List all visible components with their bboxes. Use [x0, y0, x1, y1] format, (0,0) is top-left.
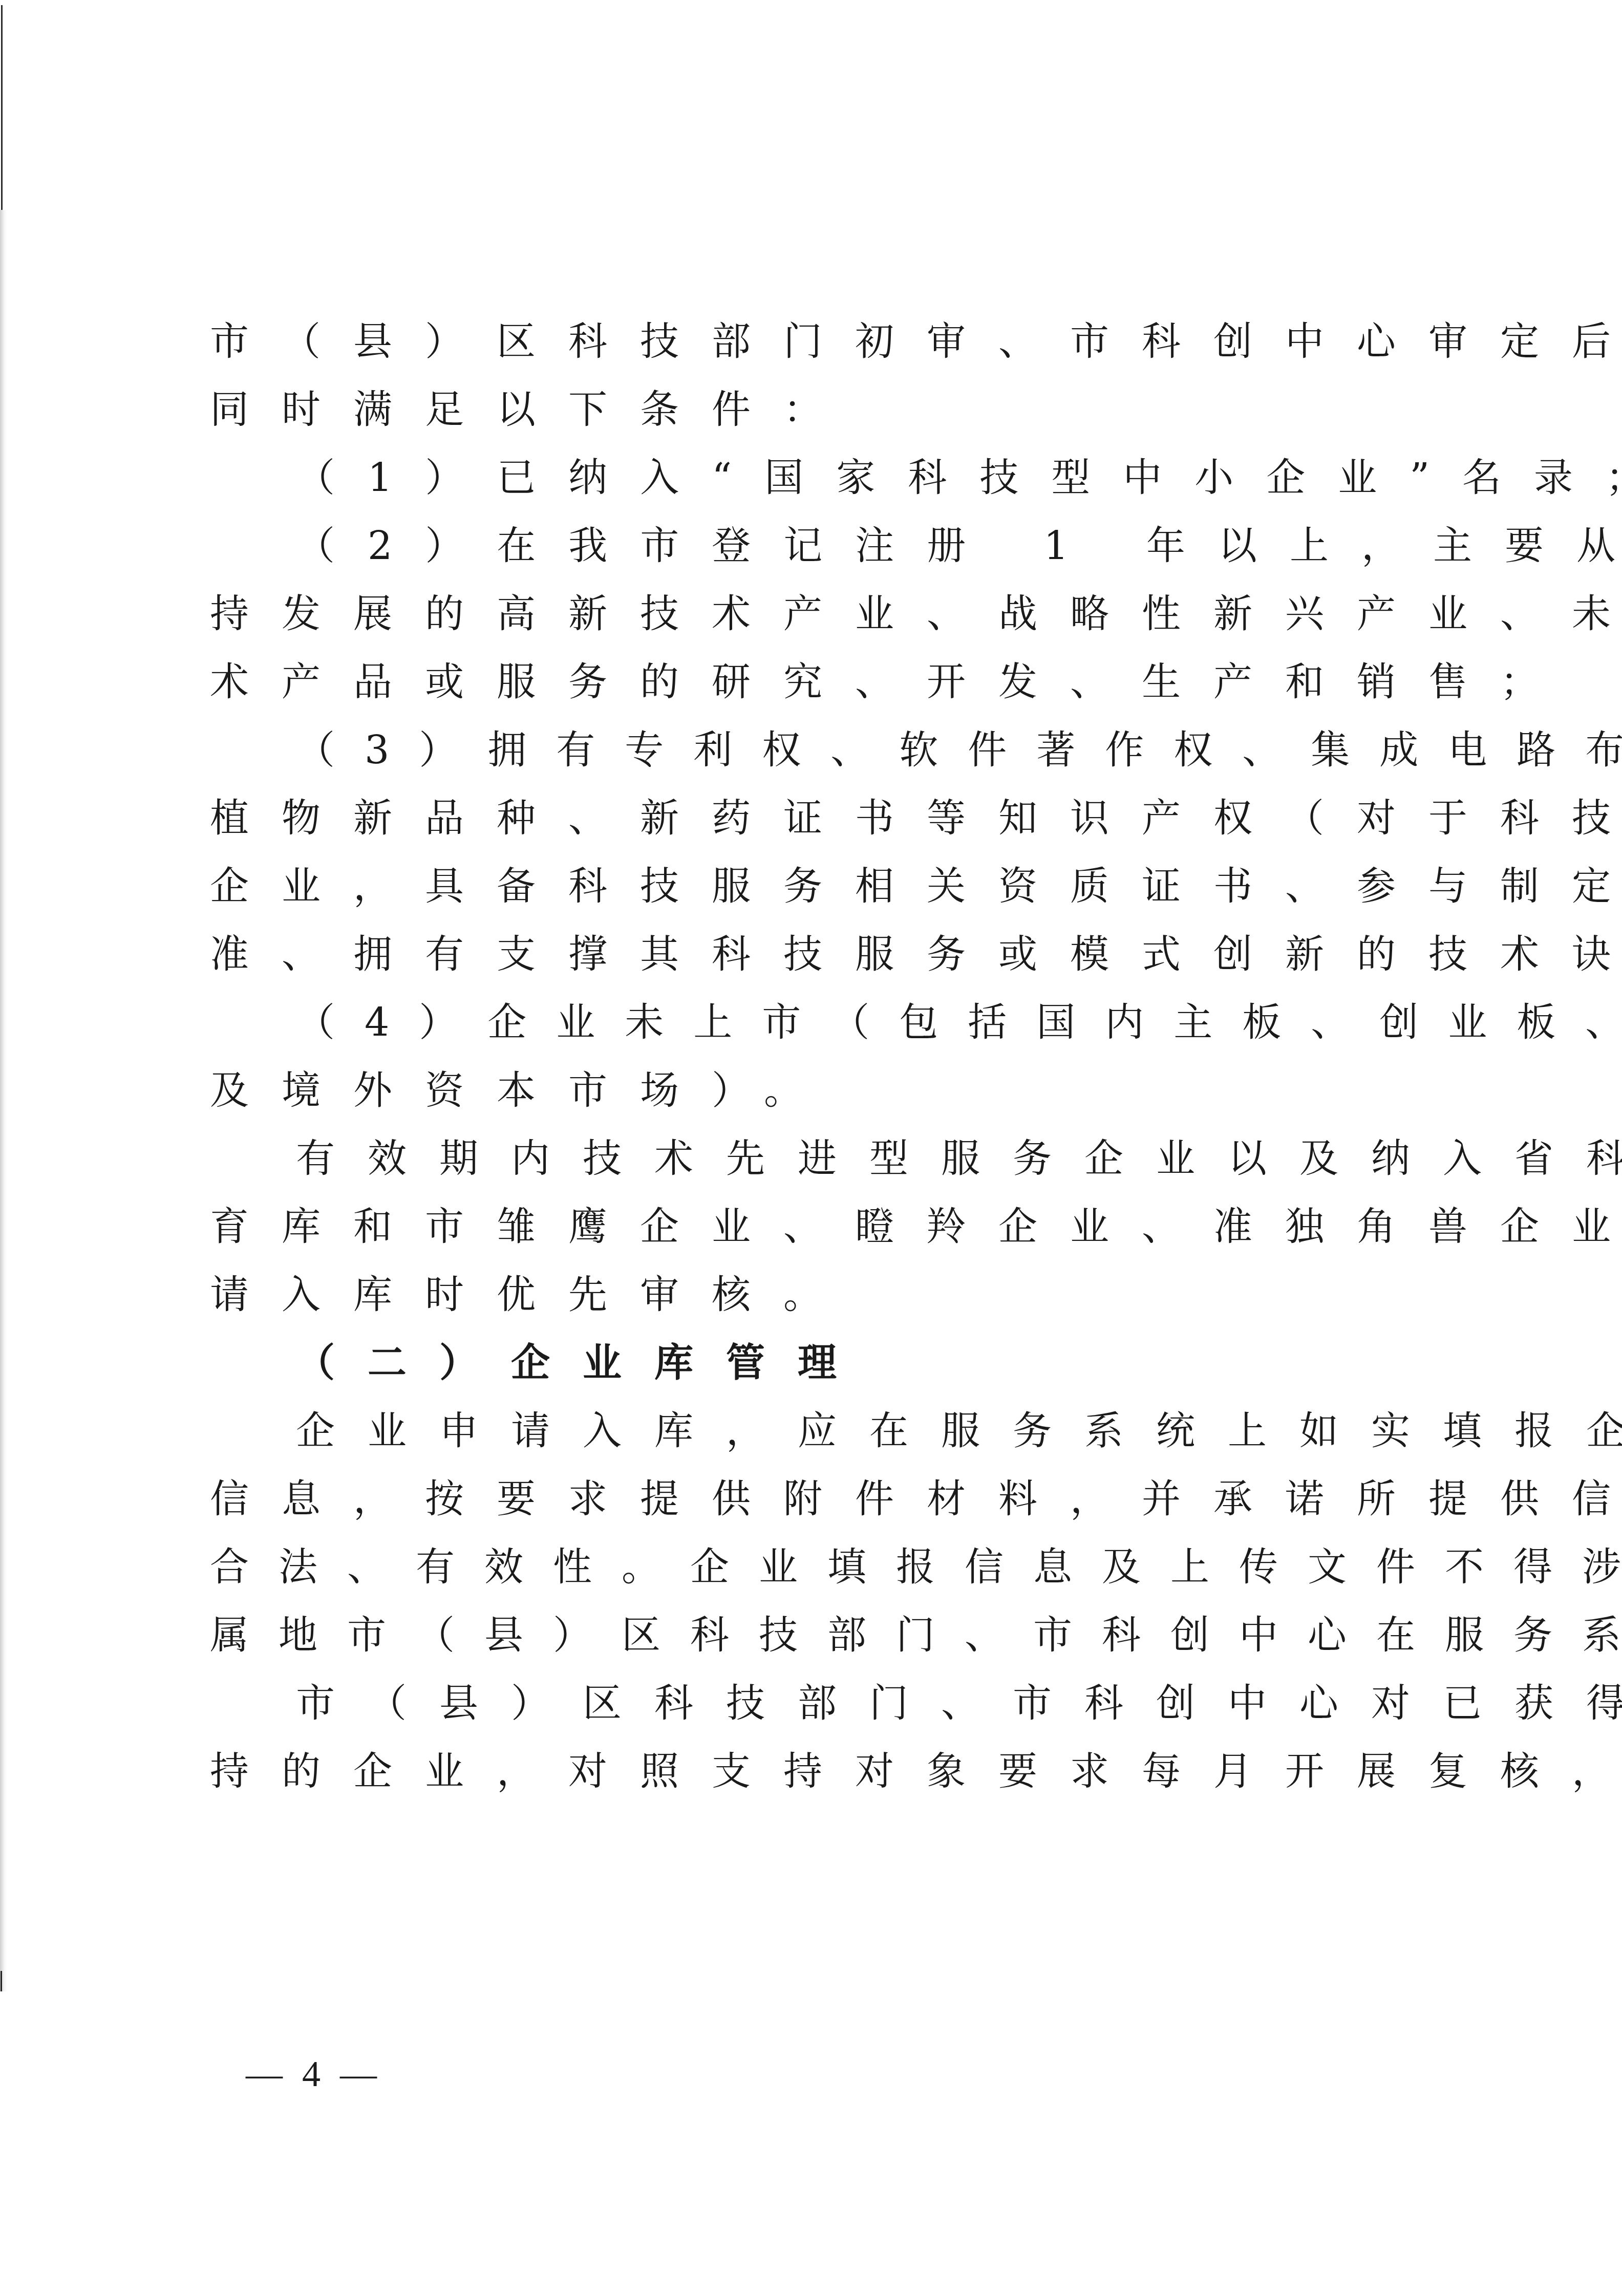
paragraph-start: 市（县）区科技部门、市科创中心对已获得“锡科贷”贷款支 [210, 1669, 1428, 1737]
paragraph-start: 有效期内技术先进型服务企业以及纳入省科技企业上市培 [210, 1124, 1428, 1192]
text-line: 信息，按要求提供附件材料，并承诺所提供信息的准确、真实、 [210, 1465, 1428, 1533]
text-line: 术产品或服务的研究、开发、生产和销售； [210, 648, 1428, 716]
scan-edge-line [1, 5, 3, 210]
text-line: 市（县）区科技部门初审、市科创中心审定后入库。申请企业需 [210, 307, 1428, 375]
text-line: 同时满足以下条件： [210, 375, 1428, 443]
text-line: 及境外资本市场）。 [210, 1056, 1428, 1124]
text-line: 企业，具备科技服务相关资质证书、参与制定相关技术或服务标 [210, 852, 1428, 920]
text-line: 持的企业，对照支持对象要求每月开展复核，对不符合要求的企 [210, 1737, 1428, 1805]
condition-item-3: （3）拥有专利权、软件著作权、集成电路布图设计专有权、 [210, 716, 1428, 784]
scan-edge-mark [1, 1971, 2, 1991]
text-line: 请入库时优先审核。 [210, 1260, 1428, 1328]
document-page: 市（县）区科技部门初审、市科创中心审定后入库。申请企业需 同时满足以下条件： （… [0, 0, 1622, 2296]
text-line: 准、拥有支撑其科技服务或模式创新的技术诀窍等）； [210, 920, 1428, 988]
page-number: — 4 — [246, 2053, 382, 2095]
scan-edge-shadow [0, 210, 7, 1991]
text-line: 合法、有效性。企业填报信息及上传文件不得涉及国家保密信息。 [210, 1533, 1428, 1601]
condition-item-1: （1）已纳入“国家科技型中小企业”名录； [210, 443, 1428, 511]
text-line: 育库和市雏鹰企业、瞪羚企业、准独角兽企业培育库的企业，申 [210, 1192, 1428, 1260]
condition-item-2: （2）在我市登记注册 1 年以上，主要从事国家、省、市支 [210, 511, 1428, 580]
text-line: 属地市（县）区科技部门、市科创中心在服务系统审核企业申请。 [210, 1601, 1428, 1669]
section-heading: （二）企业库管理 [210, 1328, 1428, 1397]
body-text: 市（县）区科技部门初审、市科创中心审定后入库。申请企业需 同时满足以下条件： （… [210, 307, 1428, 1805]
text-line: 植物新品种、新药证书等知识产权（对于科技服务业及模式创新 [210, 784, 1428, 852]
paragraph-start: 企业申请入库，应在服务系统上如实填报企业经济、技术等 [210, 1397, 1428, 1465]
text-line: 持发展的高新技术产业、战略性新兴产业、未来产业领域高新技 [210, 580, 1428, 648]
condition-item-4: （4）企业未上市（包括国内主板、创业板、科创板、北交所 [210, 988, 1428, 1056]
